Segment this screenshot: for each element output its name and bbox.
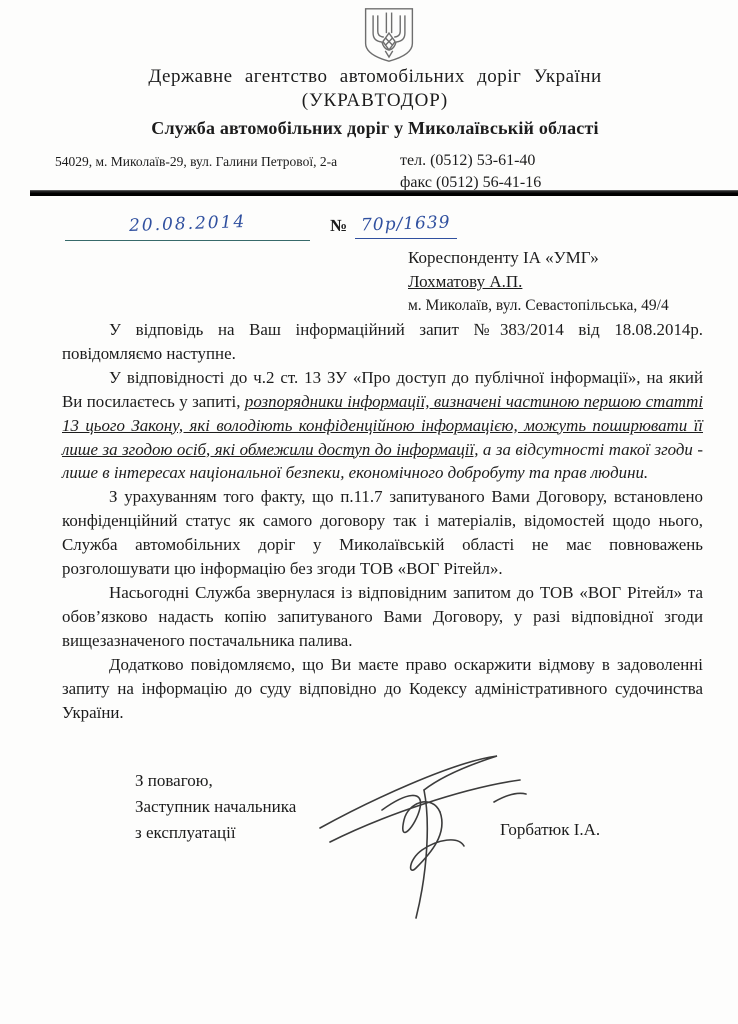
agency-name: Державне агентство автомобільних доріг У… bbox=[30, 66, 720, 88]
recipient-role: Кореспонденту ІА «УМГ» bbox=[408, 246, 669, 270]
recipient-block: Кореспонденту ІА «УМГ» Лохматову А.П. м.… bbox=[408, 246, 669, 318]
signature-block: З повагою, Заступник начальника з експлу… bbox=[62, 768, 703, 928]
number-field: 70р/1639 bbox=[355, 214, 457, 239]
handwritten-number: 70р/1639 bbox=[361, 212, 451, 235]
paragraph-5: Додатково повідомляємо, що Ви маєте прав… bbox=[62, 653, 703, 725]
ukraine-trident-emblem bbox=[358, 6, 420, 64]
paragraph-3: З урахуванням того факту, що п.11.7 запи… bbox=[62, 485, 703, 581]
paragraph-4: Насьогодні Служба звернулася із відповід… bbox=[62, 581, 703, 653]
phone-number: тел. (0512) 53-61-40 bbox=[400, 150, 541, 172]
number-sign: № bbox=[330, 216, 347, 236]
recipient-address: м. Миколаїв, вул. Севастопільська, 49/4 bbox=[408, 294, 669, 318]
signer-title-line2: з експлуатації bbox=[135, 820, 296, 846]
paragraph-2: У відповідності до ч.2 ст. 13 ЗУ «Про до… bbox=[62, 366, 703, 486]
recipient-name: Лохматову А.П. bbox=[408, 270, 669, 294]
signer-title-line1: Заступник начальника bbox=[135, 794, 296, 820]
closing-salutation: З повагою, bbox=[135, 768, 296, 794]
postal-address: 54029, м. Миколаїв-29, вул. Галини Петро… bbox=[55, 154, 337, 170]
handwritten-date: 20.08.2014 bbox=[129, 212, 247, 236]
letter-body: У відповідь на Ваш інформаційний запит №… bbox=[62, 318, 703, 724]
agency-abbreviation: (УКРАВТОДОР) bbox=[30, 90, 720, 112]
service-name: Служба автомобільних доріг у Миколаївськ… bbox=[30, 118, 720, 139]
signer-name: Горбатюк І.А. bbox=[500, 820, 600, 840]
date-field: 20.08.2014 bbox=[65, 214, 310, 241]
header-divider-rule bbox=[30, 190, 738, 196]
paragraph-1: У відповідь на Ваш інформаційний запит №… bbox=[62, 318, 703, 366]
scanned-letter-page: Державне агентство автомобільних доріг У… bbox=[0, 0, 738, 1024]
reference-line: 20.08.2014 № 70р/1639 bbox=[0, 214, 738, 248]
